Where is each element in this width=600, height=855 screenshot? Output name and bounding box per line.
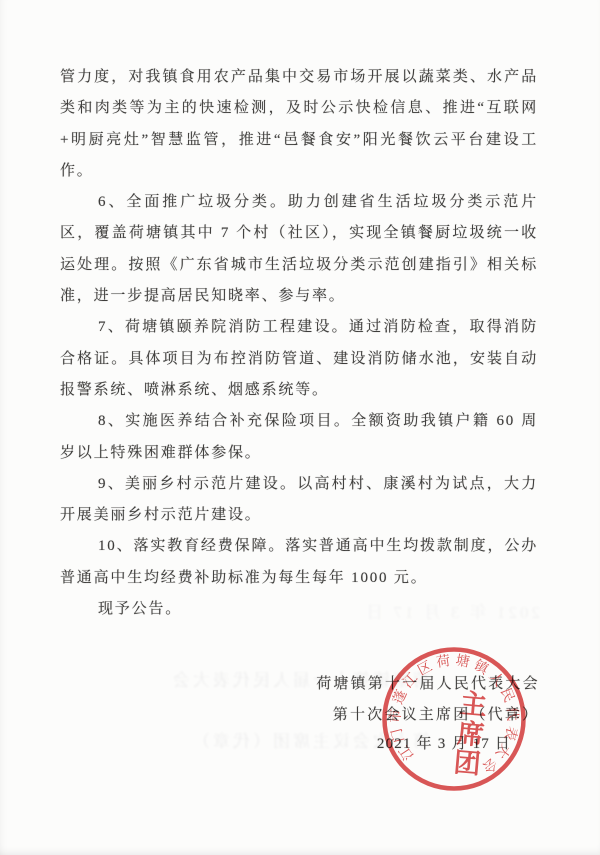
paragraph-item-8: 8、实施医养结合补充保险项目。全额资助我镇户籍 60 周岁以上特殊困难群体参保。 [60, 406, 538, 469]
paragraph-item-7: 7、荷塘镇颐养院消防工程建设。通过消防检查，取得消防合格证。具体项目为布控消防管… [60, 312, 538, 406]
official-seal: 江门市蓬江区荷塘镇人民代表大会 主 席 团 [369, 634, 539, 804]
svg-text:席: 席 [456, 717, 486, 750]
seal-rim-text: 江门市蓬江区荷塘镇人民代表大会 [369, 634, 539, 804]
bleed-through-ghost: 2021 年 3 月 17 日 [300, 598, 540, 623]
paragraph-item-9: 9、美丽乡村示范片建设。以高村村、康溪村为试点，大力开展美丽乡村示范片建设。 [60, 469, 538, 532]
paragraph-item-6: 6、全面推广垃圾分类。助力创建省生活垃圾分类示范片区，覆盖荷塘镇其中 7 个村（… [60, 187, 538, 312]
paragraph-continuation: 管力度，对我镇食用农产品集中交易市场开展以蔬菜类、水产品类和肉类等为主的快速检测… [60, 62, 538, 187]
svg-text:主: 主 [459, 689, 489, 721]
scanned-announcement-page: 管力度，对我镇食用农产品集中交易市场开展以蔬菜类、水产品类和肉类等为主的快速检测… [0, 0, 600, 855]
paragraph-item-10: 10、落实教育经费保障。落实普通高中生均拨款制度，公办普通高中生均经费补助标准为… [60, 531, 538, 594]
document-body: 管力度，对我镇食用农产品集中交易市场开展以蔬菜类、水产品类和肉类等为主的快速检测… [60, 62, 538, 625]
svg-text:团: 团 [452, 747, 482, 779]
